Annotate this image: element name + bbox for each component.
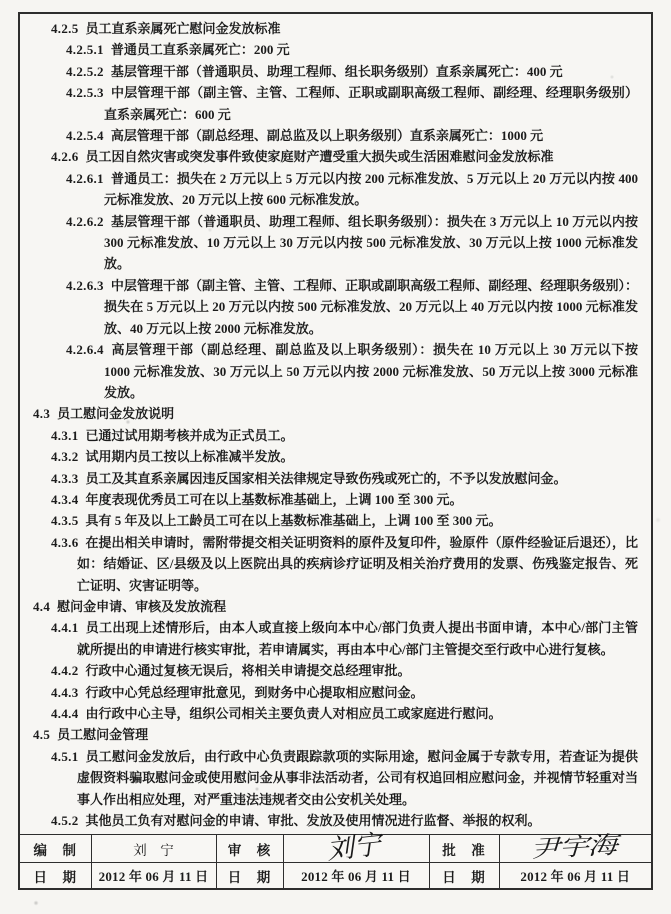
section-item: 4.5员工慰问金管理 xyxy=(20,724,638,745)
section-text: 中层管理干部（副主管、主管、工程师、正职或副职高级工程师、副经理、经理职务级别）… xyxy=(104,85,638,121)
section-number: 4.2.6.1 xyxy=(66,171,104,186)
section-number: 4.3.4 xyxy=(51,492,79,507)
prepared-name: 刘 宁 xyxy=(133,843,174,858)
section-text: 基层管理干部（普通职员、助理工程师、组长职务级别）直系亲属死亡：400 元 xyxy=(111,64,563,79)
section-item: 4.2.5.3中层管理干部（副主管、主管、工程师、正职或副职高级工程师、副经理、… xyxy=(20,82,638,125)
section-item: 4.2.6.4高层管理干部（副总经理、副总监及以上职务级别）：损失在 10 万元… xyxy=(20,339,638,403)
section-item: 4.2.5.4高层管理干部（副总经理、副总监及以上职务级别）直系亲属死亡：100… xyxy=(20,125,638,146)
section-item: 4.4慰问金申请、审核及发放流程 xyxy=(20,596,638,617)
section-item: 4.3.4年度表现优秀员工可在以上基数标准基础上，上调 100 至 300 元。 xyxy=(20,489,638,510)
section-text: 员工因自然灾害或突发事件致使家庭财产遭受重大损失或生活困难慰问金发放标准 xyxy=(86,149,554,164)
section-number: 4.5 xyxy=(33,727,50,742)
section-item: 4.5.2其他员工负有对慰问金的申请、审批、发放及使用情况进行监督、举报的权利。 xyxy=(20,810,638,831)
section-number: 4.4.4 xyxy=(51,706,79,721)
reviewed-label: 审 核 xyxy=(216,835,283,863)
section-text: 行政中心通过复核无误后，将相关申请提交总经理审批。 xyxy=(86,663,411,678)
section-text: 已通过试用期考核并成为正式员工。 xyxy=(86,428,294,443)
section-text: 在提出相关申请时，需附带提交相关证明资料的原件及复印件，验原件（原件经验证后退还… xyxy=(77,535,638,593)
section-text: 慰问金申请、审核及发放流程 xyxy=(57,599,226,614)
section-number: 4.4 xyxy=(33,599,50,614)
approved-date-label: 日 期 xyxy=(429,863,499,889)
section-text: 员工慰问金发放说明 xyxy=(57,406,174,421)
section-item: 4.3.1已通过试用期考核并成为正式员工。 xyxy=(20,425,638,446)
section-item: 4.3.5具有 5 年及以上工龄员工可在以上基数标准基础上，上调 100 至 3… xyxy=(20,510,638,531)
approved-label: 批 准 xyxy=(429,835,499,863)
section-item: 4.3员工慰问金发放说明 xyxy=(20,403,638,424)
section-text: 由行政中心主导，组织公司相关主要负责人对相应员工或家庭进行慰问。 xyxy=(86,706,502,721)
section-item: 4.4.2行政中心通过复核无误后，将相关申请提交总经理审批。 xyxy=(20,660,638,681)
section-number: 4.2.5.4 xyxy=(66,128,104,143)
section-text: 基层管理干部（普通职员、助理工程师、组长职务级别）：损失在 3 万元以上 10 … xyxy=(104,214,638,272)
reviewer-signature: 刘宁 xyxy=(328,834,385,860)
section-item: 4.3.2试用期内员工按以上标准减半发放。 xyxy=(20,446,638,467)
prepared-label: 编 制 xyxy=(20,835,91,863)
section-text: 高层管理干部（副总经理、副总监及以上职务级别）直系亲属死亡：1000 元 xyxy=(111,128,543,143)
section-number: 4.2.6.4 xyxy=(66,342,104,357)
section-text: 员工出现上述情形后，由本人或直接上级向本中心/部门负责人提出书面申请，本中心/部… xyxy=(77,620,638,656)
section-number: 4.4.2 xyxy=(51,663,79,678)
section-text: 年度表现优秀员工可在以上基数标准基础上，上调 100 至 300 元。 xyxy=(86,492,463,507)
section-number: 4.3.6 xyxy=(51,535,79,550)
section-text: 员工慰问金管理 xyxy=(57,727,148,742)
section-item: 4.3.6在提出相关申请时，需附带提交相关证明资料的原件及复印件，验原件（原件经… xyxy=(20,532,638,596)
section-number: 4.5.1 xyxy=(51,749,79,764)
section-number: 4.3 xyxy=(33,406,50,421)
section-item: 4.2.6.3中层管理干部（副主管、主管、工程师、正职或副职高级工程师、副经理、… xyxy=(20,275,638,339)
approval-table: 编 制 刘 宁 审 核 刘宁 批 准 尹宇海 日 期 2012 年 06 月 1… xyxy=(20,834,651,888)
prepared-date-label: 日 期 xyxy=(20,863,91,889)
section-text: 其他员工负有对慰问金的申请、审批、发放及使用情况进行监督、举报的权利。 xyxy=(86,813,541,828)
section-number: 4.2.5.3 xyxy=(66,85,104,100)
document-body: 4.2.5员工直系亲属死亡慰问金发放标准 4.2.5.1普通员工直系亲属死亡：2… xyxy=(20,14,651,834)
section-item: 4.4.1员工出现上述情形后，由本人或直接上级向本中心/部门负责人提出书面申请，… xyxy=(20,617,638,660)
section-item: 4.2.6.2基层管理干部（普通职员、助理工程师、组长职务级别）：损失在 3 万… xyxy=(20,211,638,275)
section-text: 普通员工直系亲属死亡：200 元 xyxy=(111,42,290,57)
section-item: 4.2.5员工直系亲属死亡慰问金发放标准 xyxy=(20,18,638,39)
section-text: 行政中心凭总经理审批意见，到财务中心提取相应慰问金。 xyxy=(86,685,424,700)
section-number: 4.3.3 xyxy=(51,471,79,486)
section-item: 4.2.5.1普通员工直系亲属死亡：200 元 xyxy=(20,39,638,60)
section-item: 4.4.3行政中心凭总经理审批意见，到财务中心提取相应慰问金。 xyxy=(20,682,638,703)
section-number: 4.2.6.3 xyxy=(66,278,104,293)
prepared-date: 2012 年 06 月 11 日 xyxy=(91,863,216,889)
section-number: 4.2.6.2 xyxy=(66,214,104,229)
section-number: 4.3.1 xyxy=(51,428,79,443)
section-number: 4.3.5 xyxy=(51,513,79,528)
page-frame: 4.2.5员工直系亲属死亡慰问金发放标准 4.2.5.1普通员工直系亲属死亡：2… xyxy=(18,12,653,890)
section-text: 普通员工：损失在 2 万元以上 5 万元以内按 200 元标准发放、5 万元以上… xyxy=(104,171,638,207)
section-number: 4.4.3 xyxy=(51,685,79,700)
section-number: 4.2.5.1 xyxy=(66,42,104,57)
section-number: 4.4.1 xyxy=(51,620,79,635)
approver-signature: 尹宇海 xyxy=(529,836,621,861)
section-text: 员工直系亲属死亡慰问金发放标准 xyxy=(86,21,281,36)
section-item: 4.2.5.2基层管理干部（普通职员、助理工程师、组长职务级别）直系亲属死亡：4… xyxy=(20,61,638,82)
section-number: 4.2.5 xyxy=(51,21,79,36)
scanned-document-page: 4.2.5员工直系亲属死亡慰问金发放标准 4.2.5.1普通员工直系亲属死亡：2… xyxy=(0,0,671,914)
section-item: 4.4.4由行政中心主导，组织公司相关主要负责人对相应员工或家庭进行慰问。 xyxy=(20,703,638,724)
section-text: 员工及其直系亲属因违反国家相关法律规定导致伤残或死亡的，不予以发放慰问金。 xyxy=(86,471,567,486)
section-number: 4.3.2 xyxy=(51,449,79,464)
section-item: 4.3.3员工及其直系亲属因违反国家相关法律规定导致伤残或死亡的，不予以发放慰问… xyxy=(20,468,638,489)
section-item: 4.5.1员工慰问金发放后，由行政中心负责跟踪款项的实际用途，慰问金属于专款专用… xyxy=(20,746,638,810)
section-text: 中层管理干部（副主管、主管、工程师、正职或副职高级工程师、副经理、经理职务级别）… xyxy=(104,278,638,336)
section-text: 员工慰问金发放后，由行政中心负责跟踪款项的实际用途，慰问金属于专款专用，若查证为… xyxy=(77,749,638,807)
section-text: 具有 5 年及以上工龄员工可在以上基数标准基础上，上调 100 至 300 元。 xyxy=(86,513,502,528)
section-item: 4.2.6员工因自然灾害或突发事件致使家庭财产遭受重大损失或生活困难慰问金发放标… xyxy=(20,146,638,167)
section-text: 试用期内员工按以上标准减半发放。 xyxy=(86,449,294,464)
reviewed-date: 2012 年 06 月 11 日 xyxy=(283,863,429,889)
section-number: 4.5.2 xyxy=(51,813,79,828)
section-number: 4.2.6 xyxy=(51,149,79,164)
section-number: 4.2.5.2 xyxy=(66,64,104,79)
reviewed-date-label: 日 期 xyxy=(216,863,283,889)
section-text: 高层管理干部（副总经理、副总监及以上职务级别）：损失在 10 万元以上 30 万… xyxy=(104,342,638,400)
section-item: 4.2.6.1普通员工：损失在 2 万元以上 5 万元以内按 200 元标准发放… xyxy=(20,168,638,211)
approved-date: 2012 年 06 月 11 日 xyxy=(499,863,651,889)
